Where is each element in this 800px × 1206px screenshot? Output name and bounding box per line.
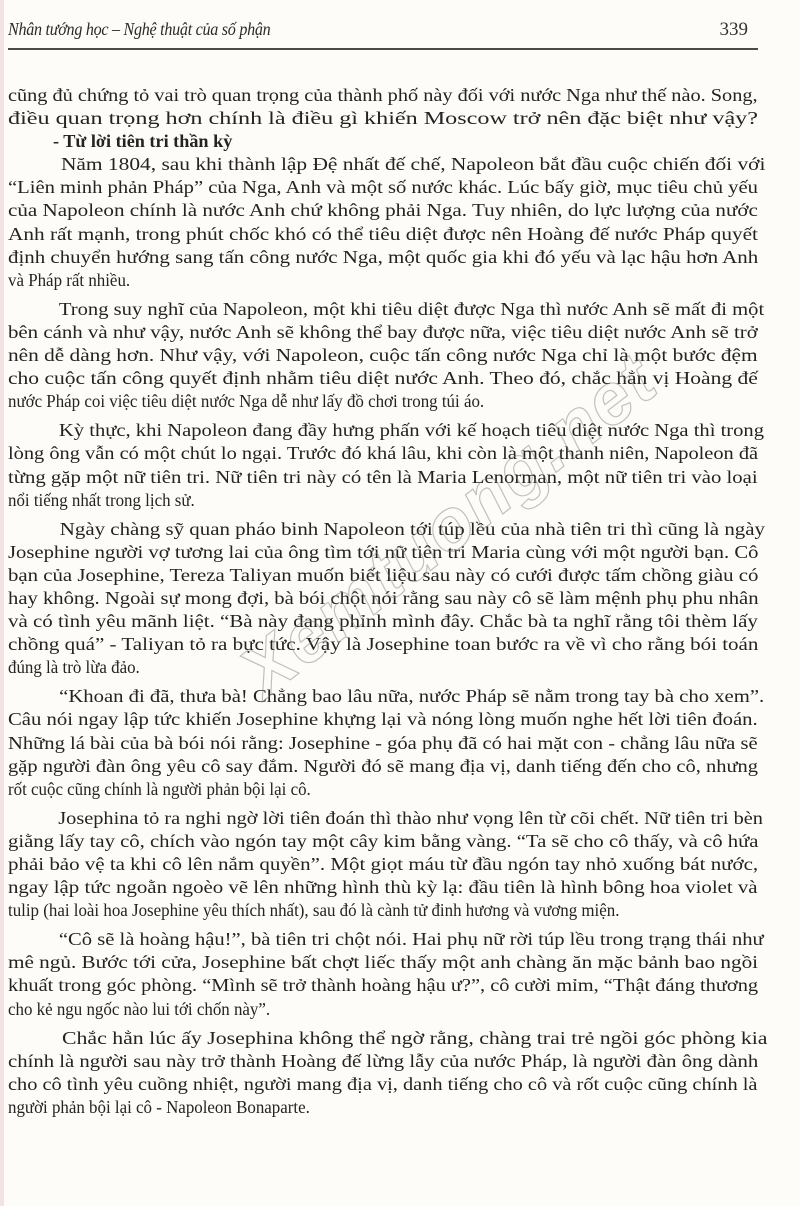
text-line: cũng đủ chứng tỏ vai trò quan trọng của …	[8, 84, 758, 107]
text-line: Trong suy nghĩ của Napoleon, một khi tiê…	[8, 298, 800, 321]
text-line: giằng lấy tay cô, chích vào ngón tay một…	[8, 830, 758, 853]
text-line: Câu nói ngay lập tức khiến Josephine khự…	[8, 708, 758, 731]
text-line: điều quan trọng hơn chính là điều gì khi…	[8, 107, 758, 130]
text-line: bên cánh và như vậy, nước Anh sẽ không t…	[8, 321, 758, 344]
intro-paragraph: cũng đủ chứng tỏ vai trò quan trọng của …	[8, 84, 758, 130]
text-line: và Pháp rất nhiều.	[8, 269, 758, 292]
text-line: Chắc hẳn lúc ấy Josephina không thể ngờ …	[8, 1027, 800, 1050]
header-divider	[8, 48, 758, 50]
text-line: gặp người đàn ông yêu cô say đắm. Người …	[8, 755, 758, 778]
text-line: “Khoan đi đã, thưa bà! Chẳng bao lâu nữa…	[8, 685, 800, 708]
text-line: của Napoleon chính là nước Anh chứ không…	[8, 199, 758, 222]
text-line: cho cuộc tấn công quyết định nhằm tiêu d…	[8, 367, 758, 390]
text-line: và có tình yêu mãnh liệt. “Bà này đang p…	[8, 610, 758, 633]
text-line: cho cô tình yêu cuồng nhiệt, người mang …	[8, 1073, 758, 1096]
text-line: nước Pháp coi việc tiêu diệt nước Nga dễ…	[8, 390, 758, 413]
page-edge	[0, 0, 4, 1206]
text-line: nổi tiếng nhất trong lịch sử.	[8, 489, 758, 512]
page-number: 339	[720, 19, 749, 41]
text-line: Josephine người vợ tương lai của ông tìm…	[8, 541, 758, 564]
paragraph: “Cô sẽ là hoàng hậu!”, bà tiên tri chột …	[8, 928, 758, 1020]
text-line: rốt cuộc cũng chính là người phản bội lạ…	[8, 778, 758, 801]
text-line: từng gặp một nữ tiên tri. Nữ tiên tri nà…	[8, 466, 758, 489]
page-body: cũng đủ chứng tỏ vai trò quan trọng của …	[8, 84, 758, 1119]
paragraph: Kỳ thực, khi Napoleon đang đầy hưng phấn…	[8, 419, 758, 511]
text-line: phải bảo vệ ta khi cô lên nắm quyền”. Mộ…	[8, 853, 758, 876]
text-line: mê ngủ. Bước tới cửa, Josephine bất chợt…	[8, 951, 758, 974]
text-line: bạn của Josephine, Tereza Taliyan muốn b…	[8, 564, 758, 587]
paragraph: Ngày chàng sỹ quan pháo binh Napoleon tớ…	[8, 518, 758, 680]
text-line: người phản bội lại cô - Napoleon Bonapar…	[8, 1096, 758, 1119]
text-line: nên dễ dàng hơn. Như vậy, với Napoleon, …	[8, 344, 758, 367]
text-line: chính là người sau này trở thành Hoàng đ…	[8, 1050, 758, 1073]
text-line: ngay lập tức ngoằn ngoèo vẽ lên những hì…	[8, 876, 758, 899]
text-line: hay không. Ngoài sự mong đợi, bà bói chộ…	[8, 587, 758, 610]
text-line: “Cô sẽ là hoàng hậu!”, bà tiên tri chột …	[8, 928, 800, 951]
text-line: đúng là trò lừa đảo.	[8, 656, 758, 679]
text-line: định chuyển hướng sang tấn công nước Nga…	[8, 246, 758, 269]
page-header: Nhân tướng học – Nghệ thuật của số phận …	[8, 19, 756, 45]
text-line: chồng quá” - Taliyan tỏ ra bực tức. Vậy …	[8, 633, 758, 656]
text-line: Josephina tỏ ra nghi ngờ lời tiên đoán t…	[8, 807, 800, 830]
running-title: Nhân tướng học – Nghệ thuật của số phận	[8, 19, 270, 40]
text-line: khuất trong góc phòng. “Mình sẽ trở thàn…	[8, 974, 758, 997]
text-line: Những lá bài của bà bói nói rằng: Joseph…	[8, 732, 758, 755]
text-line: Kỳ thực, khi Napoleon đang đầy hưng phấn…	[8, 419, 800, 442]
paragraph: Trong suy nghĩ của Napoleon, một khi tiê…	[8, 298, 758, 413]
text-line: Anh rất mạnh, trong phút chốc khó có thể…	[8, 223, 758, 246]
text-line: lòng ông vẫn có một chút lo ngại. Trước …	[8, 442, 758, 465]
text-line: tulip (hai loài hoa Josephine yêu thích …	[8, 899, 758, 922]
paragraph: Josephina tỏ ra nghi ngờ lời tiên đoán t…	[8, 807, 758, 922]
text-line: “Liên minh phản Pháp” của Nga, Anh và mộ…	[8, 176, 758, 199]
section-subheading: - Từ lời tiên tri thần kỳ	[8, 130, 758, 153]
paragraph: Chắc hẳn lúc ấy Josephina không thể ngờ …	[8, 1027, 758, 1119]
paragraph: “Khoan đi đã, thưa bà! Chẳng bao lâu nữa…	[8, 685, 758, 800]
paragraph: Năm 1804, sau khi thành lập Đệ nhất đế c…	[8, 153, 758, 292]
text-line: Năm 1804, sau khi thành lập Đệ nhất đế c…	[8, 153, 800, 176]
text-line: cho kẻ ngu ngốc nào lui tới chốn này”.	[8, 998, 758, 1021]
text-line: Ngày chàng sỹ quan pháo binh Napoleon tớ…	[8, 518, 800, 541]
